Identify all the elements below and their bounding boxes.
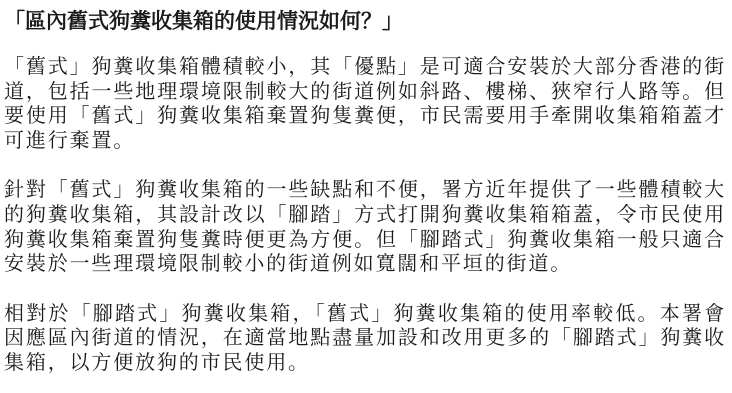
text-line: 要使用「舊式」狗糞收集箱棄置狗隻糞便，市民需要用手牽開收集箱箱蓋才 (4, 104, 726, 129)
document-body: 「舊式」狗糞收集箱體積較小，其「優點」是可適合安裝於大部分香港的街道，包括一些地… (4, 55, 726, 376)
text-line: 狗糞收集箱棄置狗隻糞時便更為方便。但「腳踏式」狗糞收集箱一般只適合 (4, 228, 726, 253)
paragraph: 相對於「腳踏式」狗糞收集箱，「舊式」狗糞收集箱的使用率較低。本署會因應區內街道的… (4, 302, 726, 376)
question-title: 「區內舊式狗糞收集箱的使用情況如何？」 (4, 8, 726, 34)
text-line: 的狗糞收集箱，其設計改以「腳踏」方式打開狗糞收集箱箱蓋，令市民使用 (4, 203, 726, 228)
text-line: 針對「舊式」狗糞收集箱的一些缺點和不便，署方近年提供了一些體積較大 (4, 178, 726, 203)
paragraph: 針對「舊式」狗糞收集箱的一些缺點和不便，署方近年提供了一些體積較大的狗糞收集箱，… (4, 178, 726, 276)
document-page: 「區內舊式狗糞收集箱的使用情況如何？」 「舊式」狗糞收集箱體積較小，其「優點」是… (0, 0, 732, 393)
text-line: 「舊式」狗糞收集箱體積較小，其「優點」是可適合安裝於大部分香港的街 (4, 55, 726, 80)
text-line: 道，包括一些地理環境限制較大的街道例如斜路、樓梯、狹窄行人路等。但 (4, 80, 726, 105)
text-line: 安裝於一些理環境限制較小的街道例如寬闊和平垣的街道。 (4, 252, 726, 277)
text-line: 可進行棄置。 (4, 129, 726, 154)
text-line: 相對於「腳踏式」狗糞收集箱，「舊式」狗糞收集箱的使用率較低。本署會 (4, 302, 726, 327)
text-line: 因應區內街道的情況，在適當地點盡量加設和改用更多的「腳踏式」狗糞收 (4, 326, 726, 351)
paragraph: 「舊式」狗糞收集箱體積較小，其「優點」是可適合安裝於大部分香港的街道，包括一些地… (4, 55, 726, 153)
text-line: 集箱，以方便放狗的市民使用。 (4, 351, 726, 376)
